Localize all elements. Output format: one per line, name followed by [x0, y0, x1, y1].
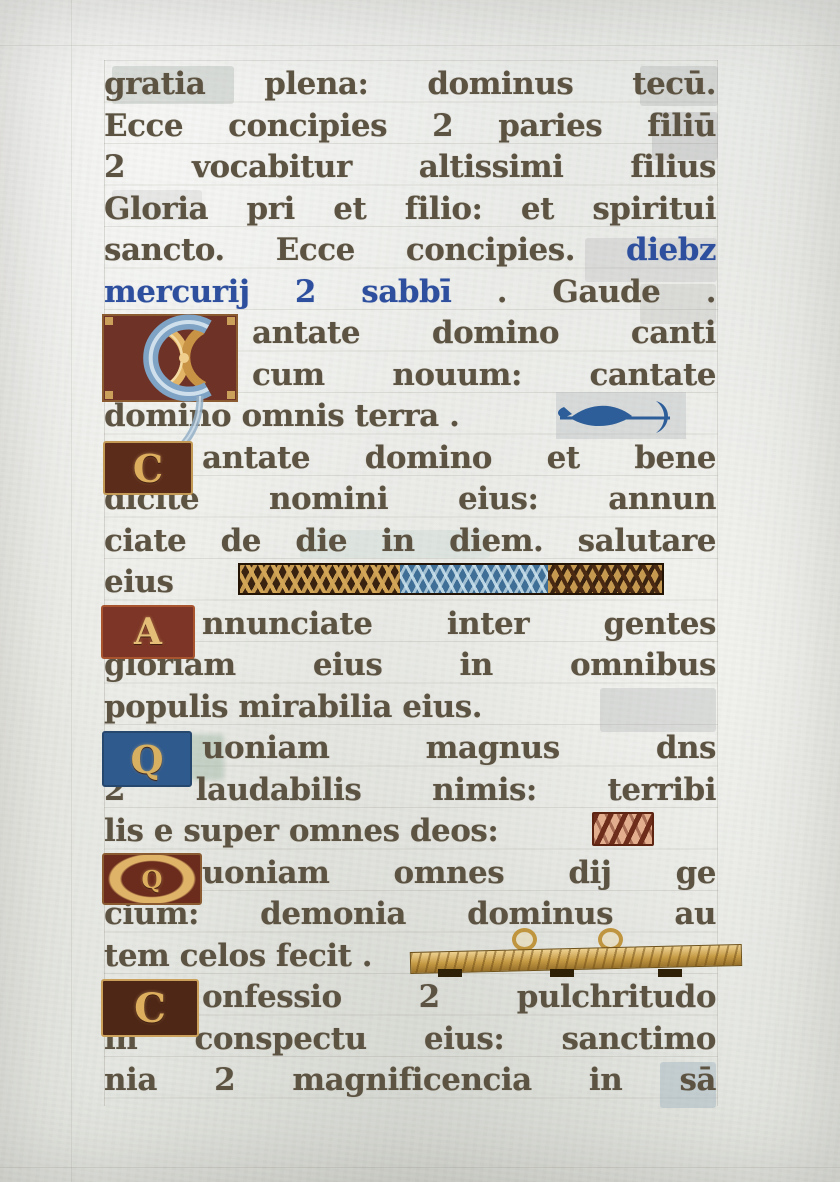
- gothic-text-run: uoniam magnus dns: [202, 730, 716, 766]
- gothic-text-run: lis e super omnes deos:: [104, 813, 498, 849]
- blue-pen-flourish-filler: [556, 392, 686, 439]
- text-line: mercurij 2 sabbī . Gaude .: [104, 272, 716, 314]
- gothic-text-run: nia 2 magnificencia in sā: [104, 1062, 716, 1098]
- small-initial-c: C: [101, 979, 199, 1037]
- margin-rule-line: [71, 0, 72, 1182]
- gold-branch-filler: [410, 926, 744, 976]
- text-line: sancto. Ecce concipies. diebz: [104, 230, 716, 272]
- text-line: gloriam eius in omnibus: [104, 645, 716, 687]
- initial-letter: A: [134, 611, 162, 653]
- gothic-text-run: populis mirabilia eius.: [104, 689, 482, 725]
- bar-foot: [658, 969, 682, 977]
- gothic-text-run: sancto. Ecce concipies.: [104, 232, 626, 268]
- small-initial-a: A: [101, 605, 195, 659]
- text-line: uoniam magnus dns: [104, 728, 716, 770]
- braided-bar-gold-segment: [240, 565, 400, 593]
- text-line: Ecce concipies 2 paries filiū: [104, 106, 716, 148]
- gold-ring: [512, 928, 537, 951]
- gothic-text-run: . Gaude .: [497, 274, 716, 310]
- gothic-text-run: gloriam eius in omnibus: [104, 647, 716, 683]
- text-line: dicite nomini eius: annun: [104, 479, 716, 521]
- initial-letter: Q: [142, 865, 163, 894]
- text-line: nnunciate inter gentes: [104, 604, 716, 646]
- gothic-text-run: tem celos fecit .: [104, 938, 372, 974]
- text-line: gratia plena: dominus tecū.: [104, 64, 716, 106]
- text-line: Gloria pri et filio: et spiritui: [104, 189, 716, 231]
- small-initial-c: C: [103, 441, 193, 495]
- gothic-text-run: nnunciate inter gentes: [202, 606, 716, 642]
- text-line: ciate de die in diem. salutare: [104, 521, 716, 563]
- gothic-text-run: uoniam omnes dij ge: [202, 855, 716, 891]
- gothic-text-run: onfessio 2 pulchritudo: [202, 979, 716, 1015]
- gothic-text-run: antate domino et bene: [202, 440, 716, 476]
- small-initial-q: Q: [102, 853, 202, 905]
- gothic-text-run: eius: [104, 564, 174, 600]
- initial-letter: C: [133, 446, 163, 491]
- gothic-text-run: cum nouum: cantate: [252, 357, 716, 393]
- gothic-text-run: 2 vocabitur altissimi filius: [104, 149, 716, 185]
- braided-bar-gold-segment: [548, 565, 662, 593]
- text-line: 2 laudabilis nimis: terribi: [104, 770, 716, 812]
- gothic-text-run: 2 laudabilis nimis: terribi: [104, 772, 716, 808]
- bar-foot: [438, 969, 462, 977]
- rubric-text-run: diebz: [626, 232, 716, 268]
- bottom-rule-line: [0, 1167, 840, 1168]
- gothic-text-run: ciate de die in diem. salutare: [104, 523, 716, 559]
- text-line: nia 2 magnificencia in sā: [104, 1060, 716, 1102]
- initial-letter: C: [134, 985, 166, 1032]
- gothic-text-run: Gloria pri et filio: et spiritui: [104, 191, 716, 227]
- gothic-text-run: dicite nomini eius: annun: [104, 481, 716, 517]
- text-line: 2 vocabitur altissimi filius: [104, 147, 716, 189]
- gothic-text-run: antate domino canti: [252, 315, 716, 351]
- small-initial-q: Q: [102, 731, 192, 787]
- gothic-text-run: Ecce concipies 2 paries filiū: [104, 108, 716, 144]
- bar-foot: [550, 969, 574, 977]
- manuscript-leaf: gratia plena: dominus tecū. Ecce concipi…: [0, 0, 840, 1182]
- braided-bar-filler: [238, 563, 664, 595]
- rubric-text-run: mercurij 2 sabbī: [104, 274, 497, 310]
- red-leaf-filler: [592, 812, 654, 846]
- braided-bar-blue-segment: [400, 565, 548, 593]
- initial-letter: Q: [130, 737, 163, 782]
- gothic-text-run: gratia plena: dominus tecū.: [104, 66, 716, 102]
- top-rule-line: [0, 45, 840, 46]
- text-line: populis mirabilia eius.: [104, 687, 716, 729]
